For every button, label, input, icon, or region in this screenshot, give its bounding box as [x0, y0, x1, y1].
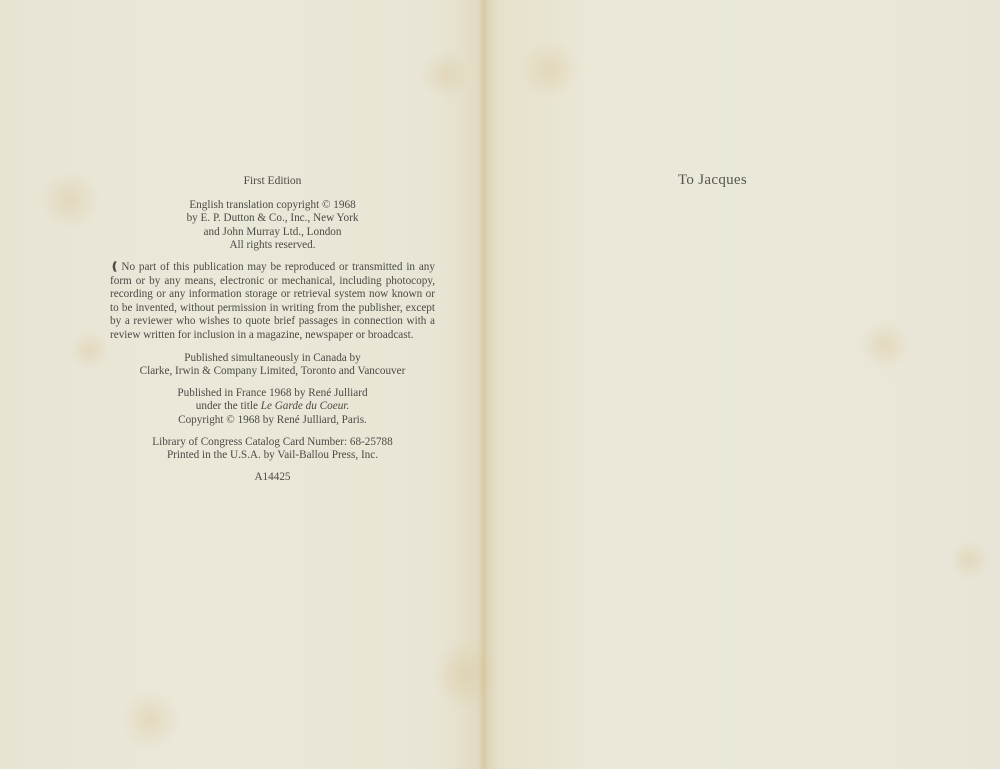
dedication-page: To Jacques — [490, 0, 1000, 769]
copyright-line: by E. P. Dutton & Co., Inc., New York — [110, 212, 435, 226]
printing-code: A14425 — [110, 471, 435, 485]
france-line: under the title Le Garde du Coeur. — [110, 400, 435, 414]
catalog-line: Printed in the U.S.A. by Vail-Ballou Pre… — [110, 449, 435, 463]
france-line: Copyright © 1968 by René Julliard, Paris… — [110, 414, 435, 428]
copyright-page: First Edition English translation copyri… — [0, 0, 484, 769]
book-spread: First Edition English translation copyri… — [0, 0, 1000, 769]
copyright-line: English translation copyright © 1968 — [110, 199, 435, 213]
catalog-line: Library of Congress Catalog Card Number:… — [110, 436, 435, 450]
dedication-text: To Jacques — [678, 172, 747, 189]
canada-line: Clarke, Irwin & Company Limited, Toronto… — [110, 365, 435, 379]
rights-notice-text: No part of this publication may be repro… — [110, 261, 435, 341]
title-prefix: under the title — [196, 400, 261, 412]
rights-notice: ❪No part of this publication may be repr… — [110, 261, 435, 343]
translation-copyright: English translation copyright © 1968 by … — [110, 199, 435, 253]
france-line: Published in France 1968 by René Julliar… — [110, 387, 435, 401]
copyright-line: All rights reserved. — [110, 239, 435, 253]
copyright-line: and John Murray Ltd., London — [110, 226, 435, 240]
original-title: Le Garde du Coeur. — [261, 400, 349, 412]
catalog-info: Library of Congress Catalog Card Number:… — [110, 436, 435, 463]
canada-publication: Published simultaneously in Canada by Cl… — [110, 352, 435, 379]
france-publication: Published in France 1968 by René Julliar… — [110, 387, 435, 428]
edition-label: First Edition — [110, 175, 435, 189]
canada-line: Published simultaneously in Canada by — [110, 352, 435, 366]
paragraph-mark-icon: ❪ — [110, 261, 119, 273]
copyright-block: First Edition English translation copyri… — [110, 175, 435, 484]
